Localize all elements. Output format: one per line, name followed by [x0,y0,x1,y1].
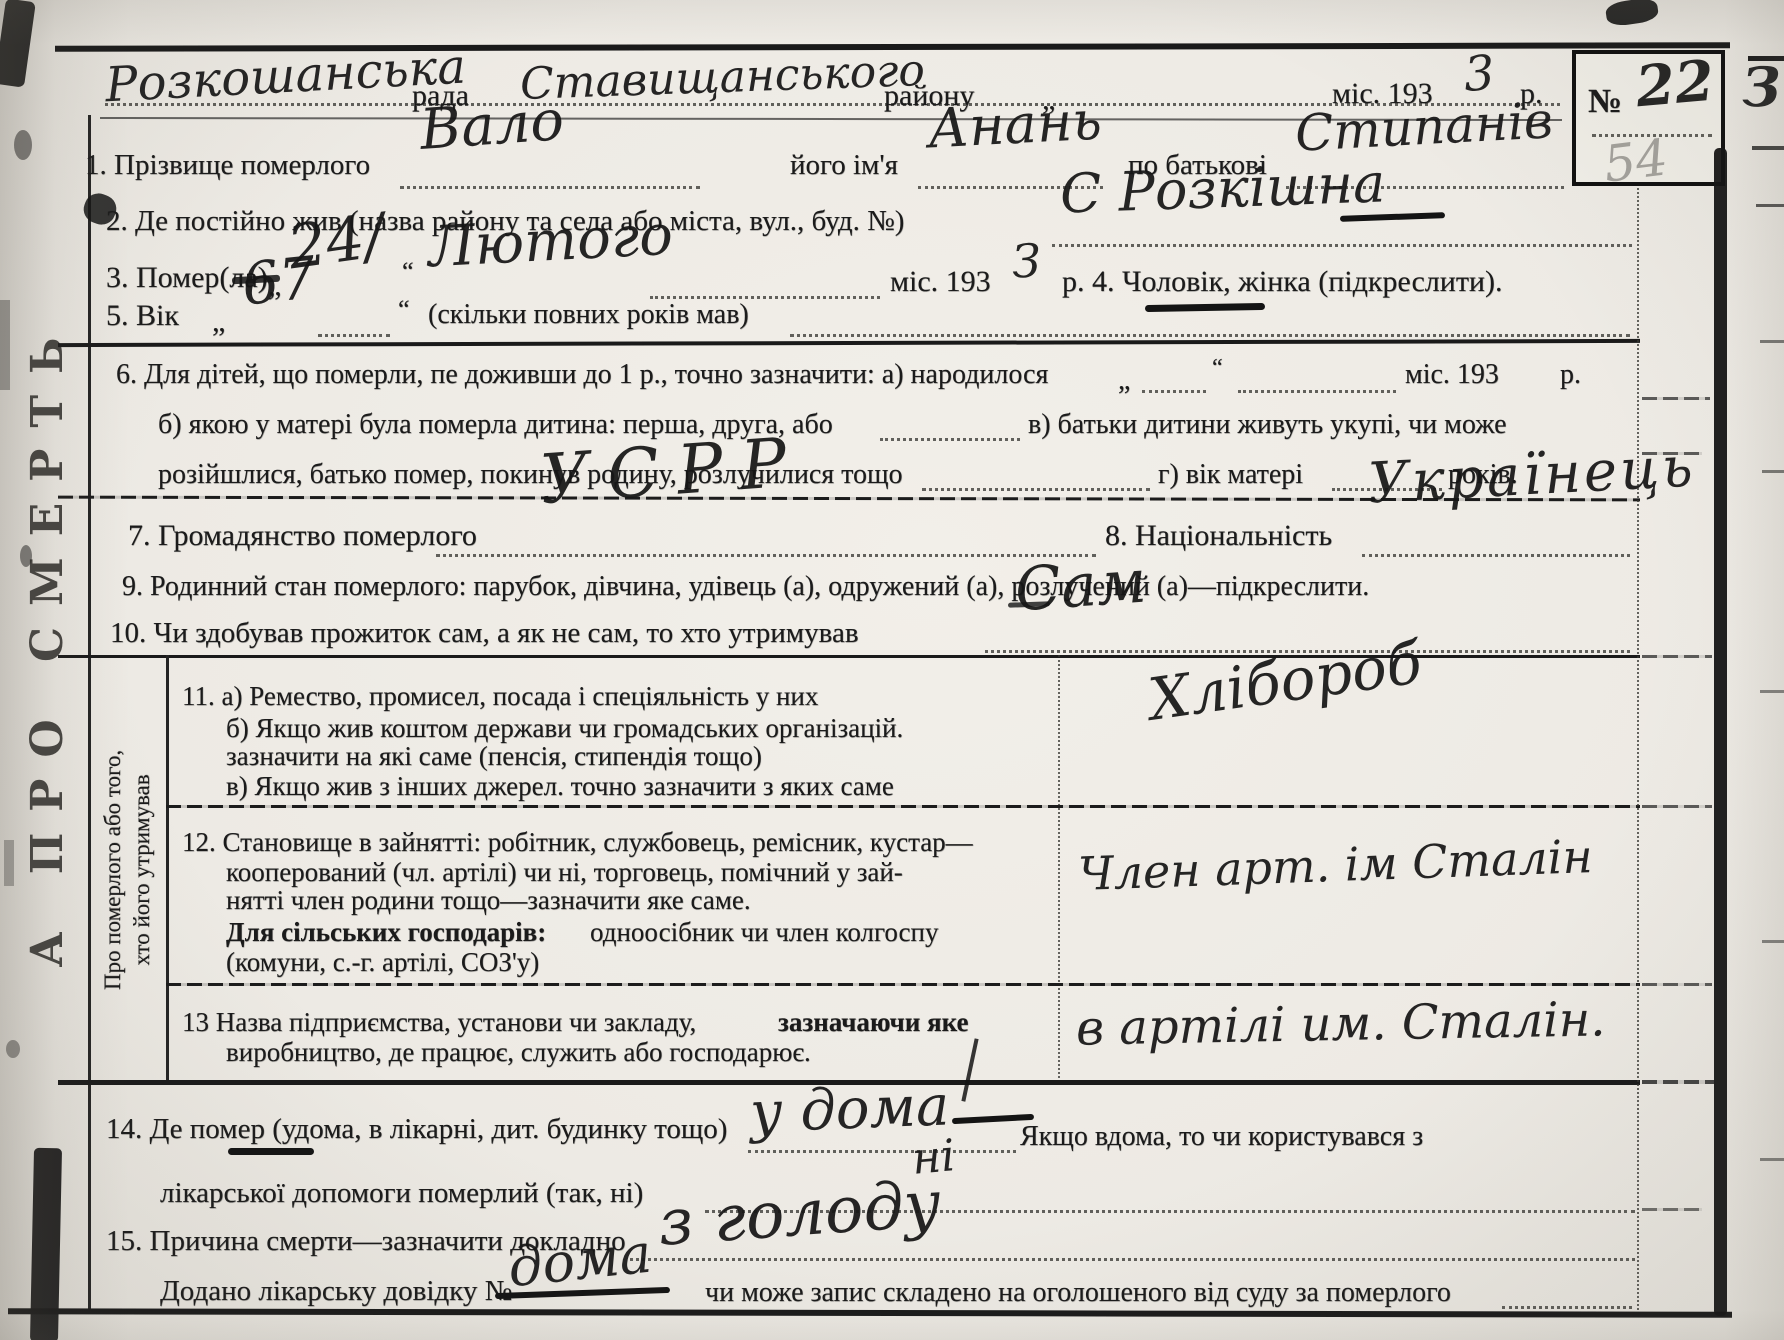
answer-column-divider [1058,655,1060,1082]
side-label-line1: Про померлого або того, [99,660,128,1080]
handwritten-underline [228,1148,314,1155]
form-side-title-text: А ПРО СМЕРТЬ [22,317,73,968]
q3-close-quote: “ [402,258,414,285]
q12-line3: нятті член родини тощо—зазначити яке сам… [226,886,751,914]
dotted-leader [790,334,1630,337]
q12-line1: 12. Становище в зайнятті: робітник, служ… [182,828,973,856]
dotted-leader [1052,244,1632,247]
q6-open-quote: „ [1118,366,1130,395]
question-block-divider [166,655,169,1082]
narrow-column-dash [1642,655,1712,658]
q16-label2: чи може запис складено на оголошеного ві… [705,1278,1451,1307]
narrow-column-dash [1642,452,1702,455]
q5-label: 5. Вік [106,300,179,332]
q15-handwriting: з голоду [656,1172,943,1256]
narrow-column-dash [1642,1208,1702,1211]
left-border-line [88,115,91,1311]
record-number-pencil: 54 [1601,132,1670,189]
torn-edge-mark [0,300,10,390]
row-rule [166,983,1640,986]
q13-line1: 13 Назва підприємства, установи чи закла… [182,1008,696,1036]
section-rule [58,339,1640,347]
adjacent-page-fragment-line [1748,56,1784,61]
page-edge-line [1714,148,1727,1316]
q13-line2: виробництво, де працює, служить або госп… [226,1038,811,1066]
q14-label3: лікарської допомоги померлий (так, ні) [160,1178,643,1208]
q14-label2: Якщо вдома, то чи користувався з [1020,1122,1423,1151]
q10-label: 10. Чи здобував прожиток сам, а як не са… [110,618,859,648]
q8-handwriting: Українець [1367,439,1697,512]
adjacent-page-fragment-line [1762,940,1784,943]
q10-handwriting: Сам [1013,551,1148,620]
adjacent-page-fragment-line [1760,1158,1784,1161]
q6-year-suffix: р. [1560,360,1581,389]
q6-line2b: в) батьки дитини живуть укупі, чи може [1028,410,1507,439]
torn-edge-mark [0,0,36,88]
q11-handwriting: Хлібороб [1145,633,1425,729]
narrow-column-dash [1642,983,1712,986]
q1-patronymic-handwriting: Стипанів [1294,95,1554,158]
adjacent-page-fragment-line [1756,204,1784,207]
form-side-title: А ПРО СМЕРТЬ [22,262,82,1022]
q3-sex-label: р. 4. Чоловік, жінка (підкреслити). [1062,266,1502,298]
q12-line5: (комуни, с.-г. артілі, СОЗ'у) [226,948,539,976]
q9-label: 9. Родинний стан померлого: парубок, дів… [122,572,1369,601]
right-column-divider [1637,188,1639,1310]
death-certificate-scan: А ПРО СМЕРТЬ Розкошанська рада Ставищанс… [0,0,1784,1340]
q7-handwriting: УСРР [538,429,807,515]
torn-edge-mark [6,1040,20,1058]
q3-month-handwriting: Лютого [427,208,674,277]
q12-handwriting: Член арт. ім Сталін [1077,833,1593,897]
q11-line1: 11. а) Ремество, промисел, посада і спец… [182,682,818,710]
top-edge-blob [1605,0,1660,28]
q13-handwriting: в артілі им. Сталін. [1076,995,1606,1052]
q3-month-year-label: міс. 193 [890,266,991,298]
q14-label: 14. Де помер (удома, в лікарні, дит. буд… [106,1114,727,1144]
adjacent-page-fragment-line [1752,146,1784,150]
dotted-leader [318,334,390,337]
dotted-leader [748,1150,1016,1153]
record-number-value: 22 [1634,53,1717,116]
dotted-leader [1142,390,1206,393]
row-rule [166,805,1640,808]
header-district-handwriting: Ставищанського [519,49,925,107]
narrow-column-dash [1642,805,1712,808]
q2-handwriting: С Розкішна [1059,156,1386,221]
q12-line4-bold: Для сільських господарів: [226,918,546,946]
torn-edge-mark [4,840,14,886]
q16-handwriting: дома [506,1227,655,1296]
q13-line1-bold: зазначаючи яке [778,1008,969,1036]
narrow-column-dash [1642,397,1710,400]
adjacent-page-fragment-line [1760,690,1784,693]
dotted-leader [880,438,1020,441]
dotted-leader [922,488,1150,491]
q11-line4: в) Якщо жив з інших джерел. точно зазнач… [226,772,894,800]
handwritten-slash [961,1038,978,1101]
q5-close-quote: “ [398,296,410,323]
adjacent-page-fragment-line [1760,340,1784,343]
q3-year-handwriting: З [1011,238,1041,285]
q5-age-handwriting: 67 [239,248,318,313]
q11-line2: б) Якщо жив коштом держави чи громадськи… [226,714,903,742]
q6-month-label: міс. 193 [1405,360,1499,389]
q12-line2: кооперований (чл. артілі) чи ні, торгове… [226,858,903,886]
record-number-label: № [1588,84,1622,120]
q7-label: 7. Громадянство померлого [128,520,477,552]
q5-open-quote: „ [212,306,225,338]
q5-hint-label: (скільки повних років мав) [428,300,749,329]
q1-surname-handwriting: Вало [418,93,565,159]
q12-line4: одноосібник чи член колгоспу [590,918,938,946]
torn-edge-mark [14,130,32,160]
dotted-leader [1362,554,1630,557]
q1-name-label: його ім'я [790,150,898,180]
handwritten-underline [1145,303,1265,312]
q1-label: 1. Прізвище померлого [85,150,370,180]
narrow-column-dash [1642,1080,1714,1084]
bottom-border-rule [8,1308,1732,1318]
dotted-leader [630,1258,1635,1261]
q6-line3b: г) вік матері [1158,460,1303,489]
q1-name-handwriting: Анань [927,93,1103,156]
dotted-leader [400,186,700,189]
dotted-leader [1238,390,1396,393]
q11-line3: зазначити на які саме (пенсія, стипендія… [226,742,762,770]
dotted-leader [436,554,1096,557]
q16-label: Додано лікарську довідку № [160,1276,512,1306]
side-label: Про померлого або того, хто його утримув… [94,660,164,1080]
dotted-leader [1502,1306,1632,1309]
q6-line1: 6. Для дітей, що померли, пе доживши до … [116,360,1048,389]
adjacent-page-fragment: З [1741,59,1782,114]
header-year-handwriting: 3 [1462,49,1496,99]
q6-close-quote: “ [1212,356,1223,381]
side-label-line2: хто його утримував [128,660,157,1080]
adjacent-page-fragment-line [1762,470,1784,473]
